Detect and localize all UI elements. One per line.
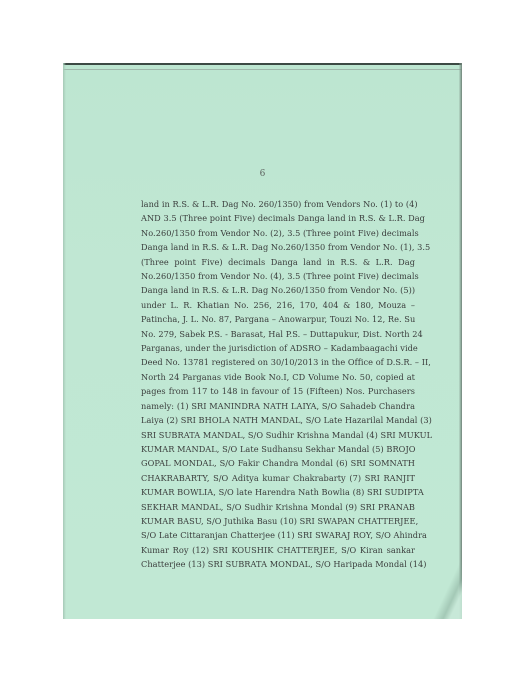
- text-line: No.260/1350 from Vendor No. (4), 3.5 (Th…: [141, 269, 415, 283]
- text-line: Danga land in R.S. & L.R. Dag No.260/135…: [141, 240, 415, 254]
- text-line: KUMAR MANDAL, S/O Late Sudhansu Sekhar M…: [141, 442, 415, 456]
- body-text: land in R.S. & L.R. Dag No. 260/1350) fr…: [141, 197, 415, 572]
- text-line: under L. R. Khatian No. 256, 216, 170, 4…: [141, 298, 415, 312]
- text-line: No.260/1350 from Vendor No. (2), 3.5 (Th…: [141, 226, 415, 240]
- text-line: namely: (1) SRI MANINDRA NATH LAIYA, S/O…: [141, 399, 415, 413]
- text-line: SEKHAR MANDAL, S/O Sudhir Krishna Mondal…: [141, 500, 415, 514]
- text-line: No. 279, Sabek P.S. - Barasat, Hal P.S. …: [141, 327, 415, 341]
- document-page: 6 land in R.S. & L.R. Dag No. 260/1350) …: [63, 63, 462, 619]
- text-line: KUMAR BASU, S/O Juthika Basu (10) SRI SW…: [141, 514, 415, 528]
- text-line: S/O Late Cittaranjan Chatterjee (11) SRI…: [141, 528, 415, 542]
- text-line: GOPAL MONDAL, S/O Fakir Chandra Mondal (…: [141, 456, 415, 470]
- text-line: pages from 117 to 148 in favour of 15 (F…: [141, 384, 415, 398]
- text-line: Laiya (2) SRI BHOLA NATH MANDAL, S/O Lat…: [141, 413, 415, 427]
- page-number: 6: [63, 169, 462, 179]
- page-top-edge: [63, 63, 462, 65]
- text-line: SRI SUBRATA MANDAL, S/O Sudhir Krishna M…: [141, 428, 415, 442]
- text-line: Parganas, under the jurisdiction of ADSR…: [141, 341, 415, 355]
- text-line: North 24 Parganas vide Book No.I, CD Vol…: [141, 370, 415, 384]
- text-line: KUMAR BOWLIA, S/O late Harendra Nath Bow…: [141, 485, 415, 499]
- text-line: Kumar Roy (12) SRI KOUSHIK CHATTERJEE, S…: [141, 543, 415, 557]
- page-left-shadow: [63, 63, 66, 619]
- text-line: (Three point Five) decimals Danga land i…: [141, 255, 415, 269]
- page-top-rule: [63, 69, 462, 70]
- text-line: CHAKRABARTY, S/O Aditya kumar Chakrabart…: [141, 471, 415, 485]
- text-line: Patincha, J. L. No. 87, Pargana – Anowar…: [141, 312, 415, 326]
- text-line: land in R.S. & L.R. Dag No. 260/1350) fr…: [141, 197, 415, 211]
- text-line: AND 3.5 (Three point Five) decimals Dang…: [141, 211, 415, 225]
- page-corner-fold: [422, 549, 462, 619]
- text-line: Deed No. 13781 registered on 30/10/2013 …: [141, 355, 415, 369]
- text-line: Chatterjee (13) SRI SUBRATA MONDAL, S/O …: [141, 557, 415, 571]
- text-line: Danga land in R.S. & L.R. Dag No.260/135…: [141, 283, 415, 297]
- page-right-edge: [459, 63, 462, 619]
